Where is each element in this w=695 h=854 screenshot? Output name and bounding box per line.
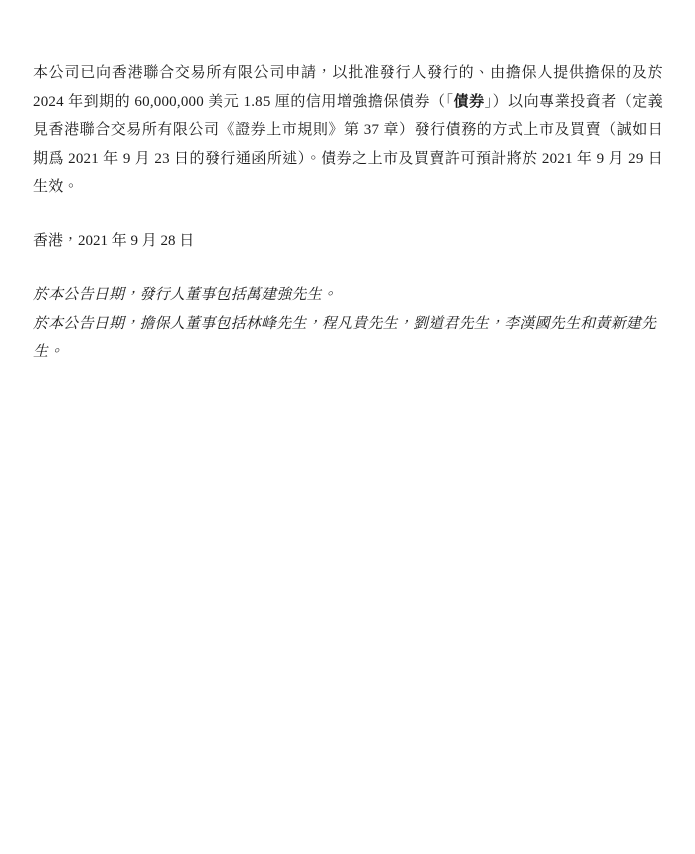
announcement-page: 本公司已向香港聯合交易所有限公司申請，以批准發行人發行的、由擔保人提供擔保的及於… — [0, 0, 695, 854]
bold-defined-term-bonds: 債券 — [454, 94, 485, 110]
issuer-directors-note: 於本公告日期，發行人董事包括萬建強先生。 — [33, 281, 663, 310]
guarantor-directors-note: 於本公告日期，擔保人董事包括林峰先生，程凡貴先生，劉道君先生，李漢國先生和黃新建… — [33, 310, 663, 367]
dateline: 香港，2021 年 9 月 28 日 — [33, 227, 663, 256]
listing-approval-paragraph: 本公司已向香港聯合交易所有限公司申請，以批准發行人發行的、由擔保人提供擔保的及於… — [33, 59, 663, 202]
